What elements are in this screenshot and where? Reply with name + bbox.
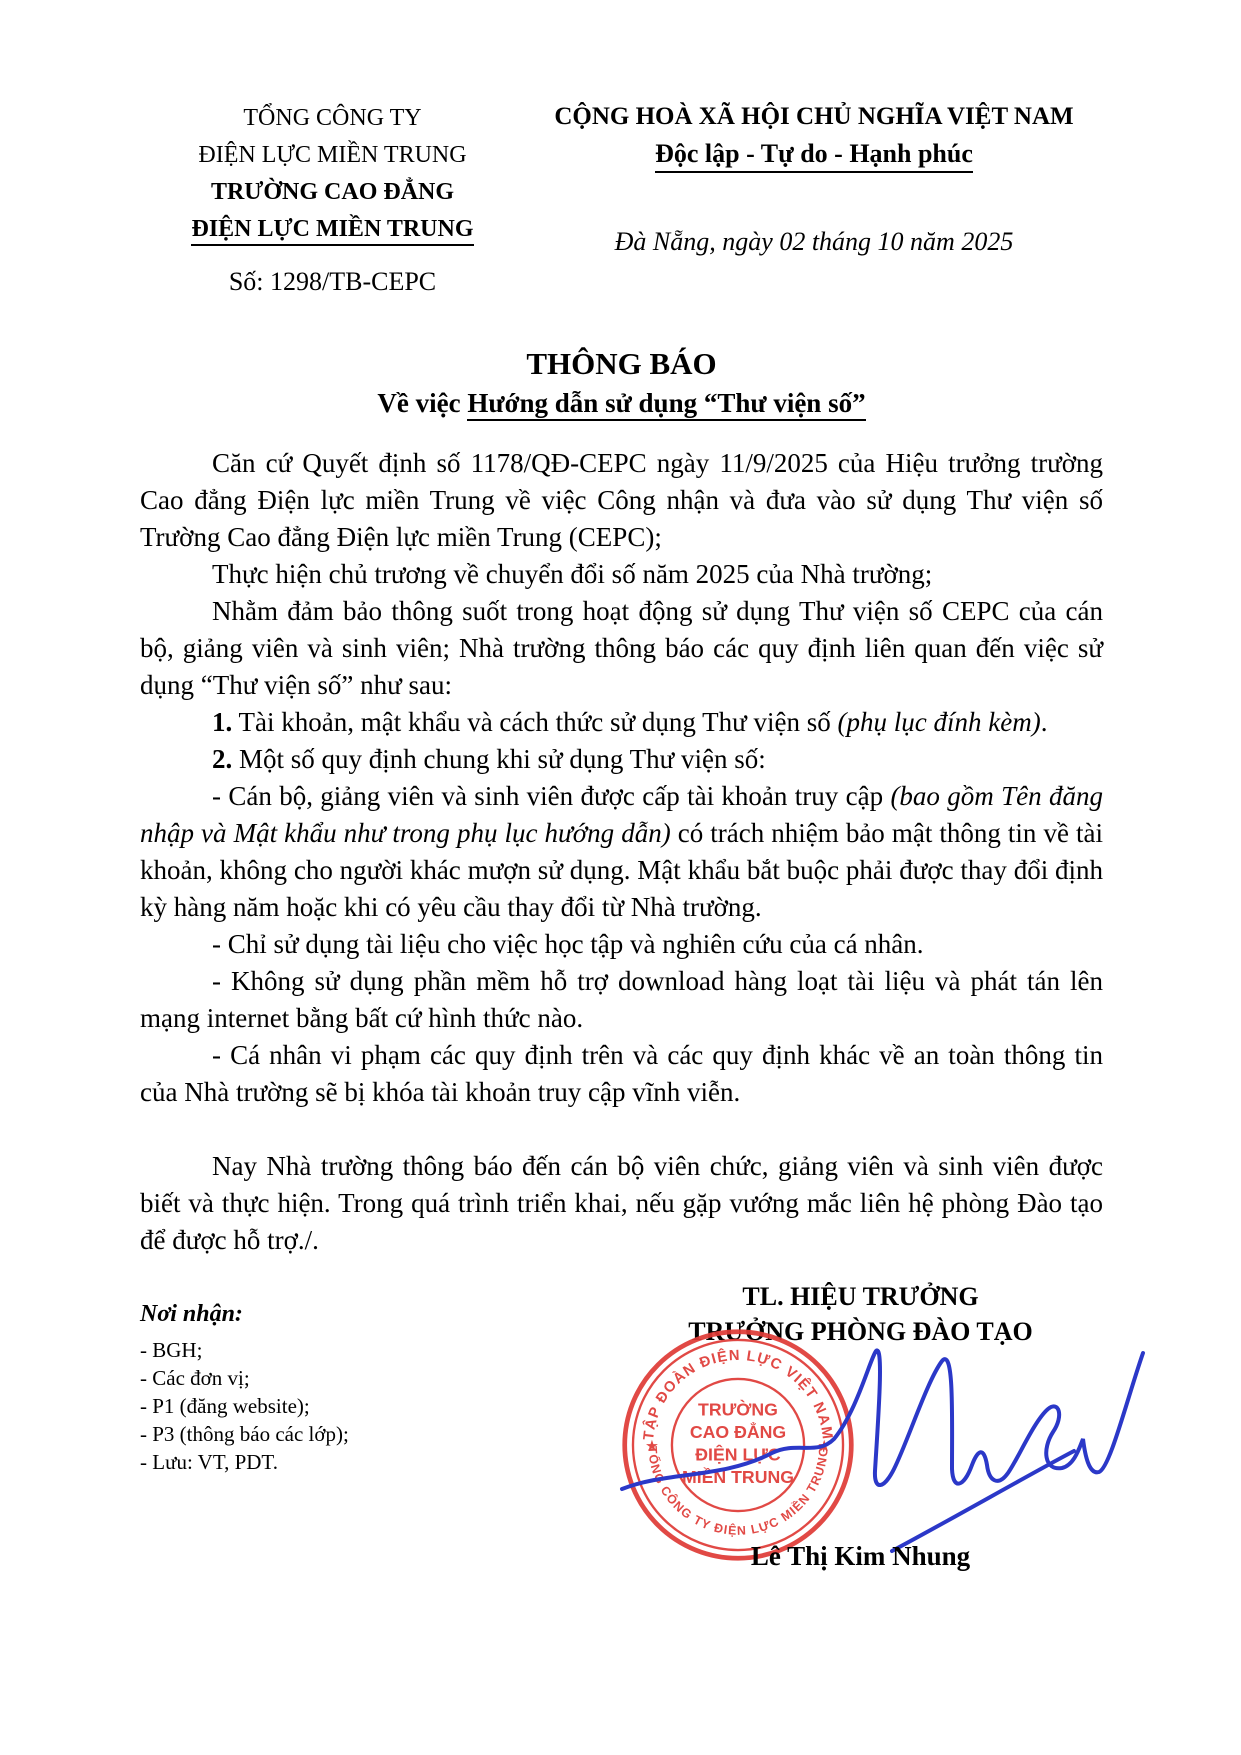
list-item: - Các đơn vị; [140,1364,349,1392]
list-item: - BGH; [140,1336,349,1364]
place-date-line: Đà Nẵng, ngày 02 tháng 10 năm 2025 [525,227,1103,257]
list-item: - Lưu: VT, PDT. [140,1448,349,1476]
org-line-2: ĐIỆN LỰC MIỀN TRUNG [140,137,525,174]
recipients-list: - BGH; - Các đơn vị; - P1 (đăng website)… [140,1336,349,1476]
paragraph-intro: Nhằm đảm bảo thông suốt trong hoạt động … [140,593,1103,704]
signer-name: Lê Thị Kim Nhung [618,1541,1103,1572]
paragraph-item-1: 1. Tài khoản, mật khẩu và cách thức sử d… [140,704,1103,741]
paragraph-bullet-3: - Không sử dụng phần mềm hỗ trợ download… [140,963,1103,1037]
national-motto: Độc lập - Tự do - Hạnh phúc [525,139,1103,169]
document-subtitle: Về việc Hướng dẫn sử dụng “Thư viện số” [140,388,1103,419]
recipients-block: Nơi nhận: - BGH; - Các đơn vị; - P1 (đăn… [140,1301,349,1476]
subtitle-underlined: Hướng dẫn sử dụng “Thư viện số” [467,388,865,421]
list-item: - P1 (đăng website); [140,1392,349,1420]
paragraph-bullet-1: - Cán bộ, giảng viên và sinh viên được c… [140,778,1103,926]
document-header: TỔNG CÔNG TY ĐIỆN LỰC MIỀN TRUNG TRƯỜNG … [140,100,1103,300]
document-body: Căn cứ Quyết định số 1178/QĐ-CEPC ngày 1… [140,445,1103,1259]
national-header-block: CỘNG HOÀ XÃ HỘI CHỦ NGHĨA VIỆT NAM Độc l… [525,100,1103,300]
title-block: THÔNG BÁO Về việc Hướng dẫn sử dụng “Thư… [140,346,1103,419]
paragraph-bullet-4: - Cá nhân vi phạm các quy định trên và c… [140,1037,1103,1111]
list-item: - P3 (thông báo các lớp); [140,1420,349,1448]
document-page: TỔNG CÔNG TY ĐIỆN LỰC MIỀN TRUNG TRƯỜNG … [0,0,1241,1755]
signature-title-1: TL. HIỆU TRƯỞNG [618,1279,1103,1314]
document-number: Số: 1298/TB-CEPC [140,263,525,300]
paragraph-closing: Nay Nhà trường thông báo đến cán bộ viên… [140,1148,1103,1259]
paragraph-basis-1: Căn cứ Quyết định số 1178/QĐ-CEPC ngày 1… [140,445,1103,556]
paragraph-item-2: 2. Một số quy định chung khi sử dụng Thư… [140,741,1103,778]
org-line-3: TRƯỜNG CAO ĐẲNG [140,174,525,211]
issuing-org-block: TỔNG CÔNG TY ĐIỆN LỰC MIỀN TRUNG TRƯỜNG … [140,100,525,300]
org-line-4: ĐIỆN LỰC MIỀN TRUNG [140,211,525,248]
paragraph-bullet-2: - Chỉ sử dụng tài liệu cho việc học tập … [140,926,1103,963]
org-line-1: TỔNG CÔNG TY [140,100,525,137]
paragraph-basis-2: Thực hiện chủ trương về chuyển đổi số nă… [140,556,1103,593]
national-title: CỘNG HOÀ XÃ HỘI CHỦ NGHĨA VIỆT NAM [525,100,1103,134]
recipients-label: Nơi nhận: [140,1301,349,1328]
document-footer: Nơi nhận: - BGH; - Các đơn vị; - P1 (đăn… [140,1279,1103,1709]
document-title: THÔNG BÁO [140,346,1103,382]
